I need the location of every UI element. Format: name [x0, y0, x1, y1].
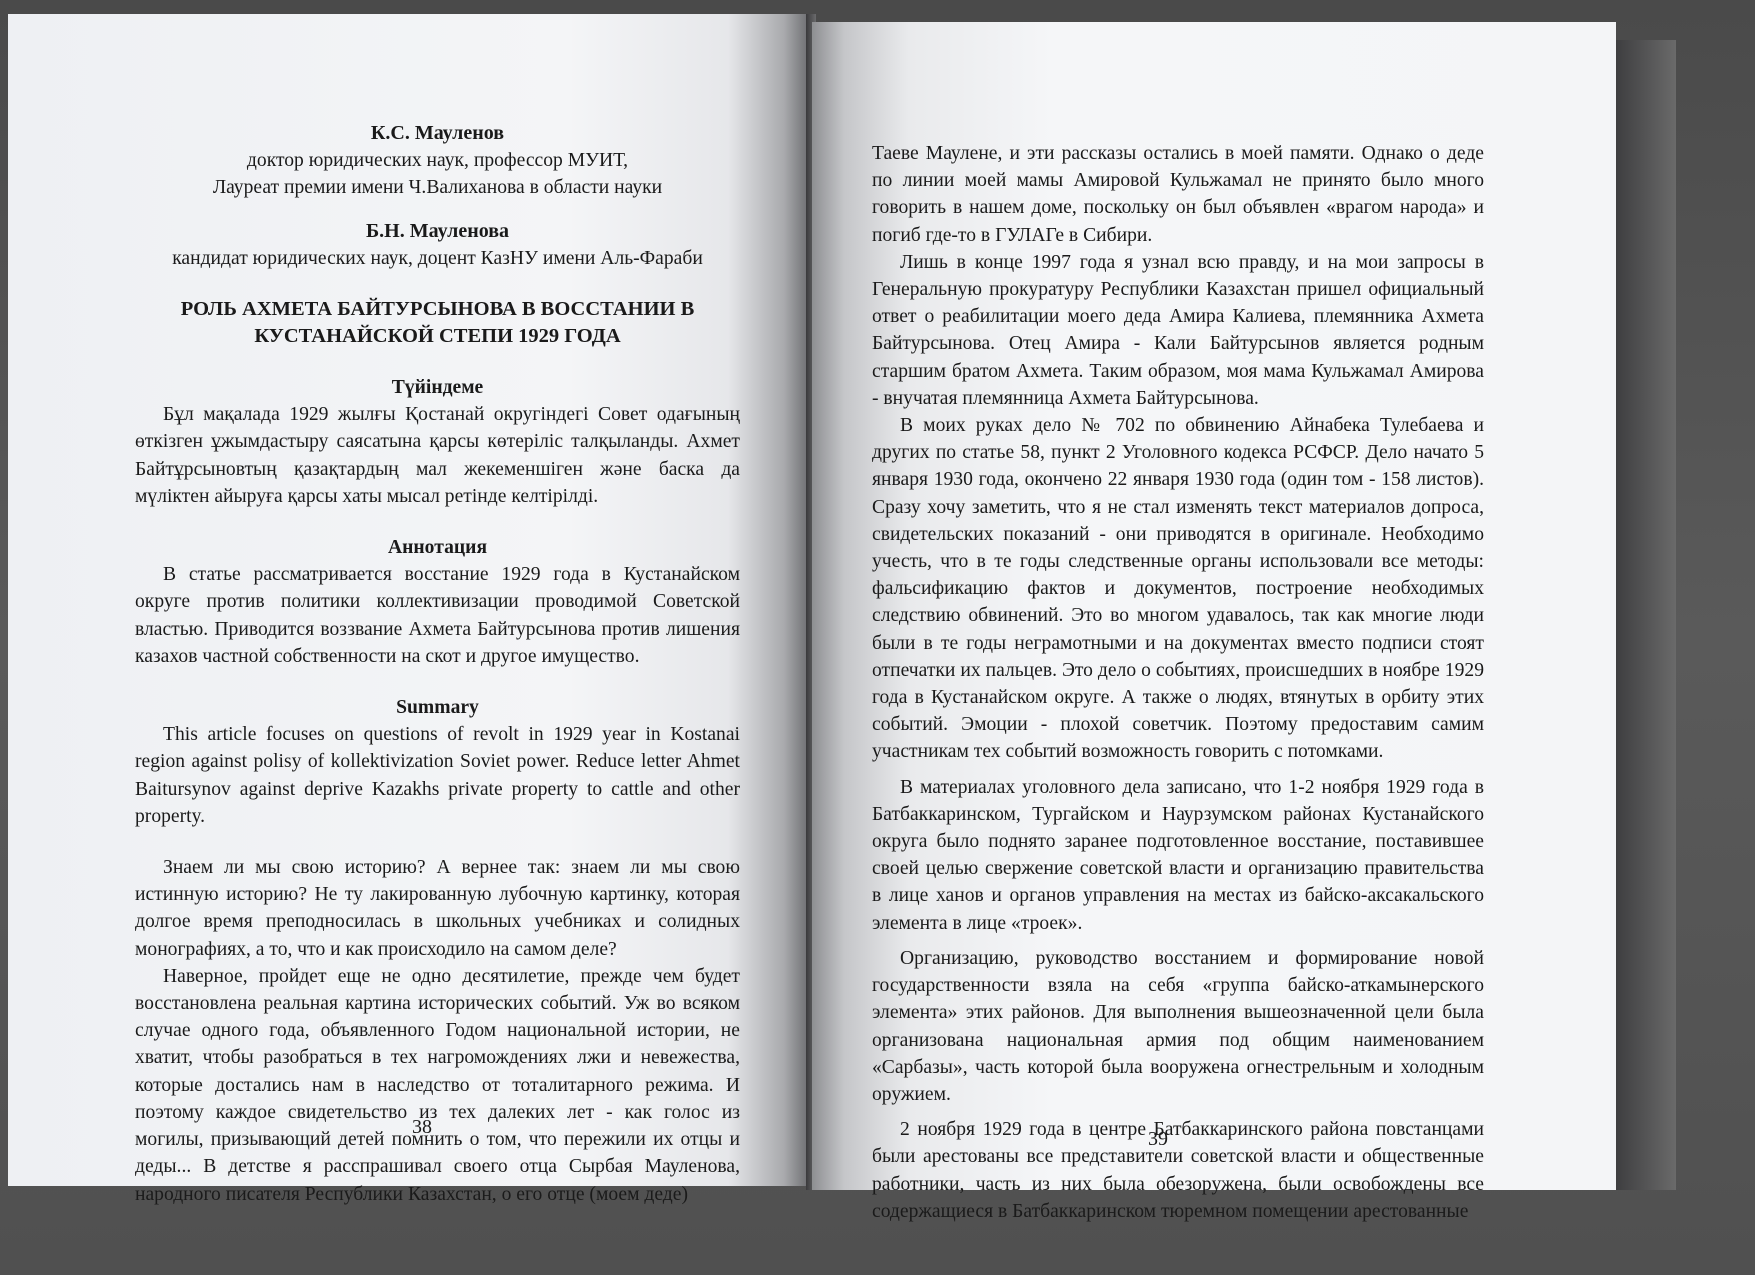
- page-number-left: 38: [412, 1116, 432, 1139]
- author-affiliation: кандидат юридических наук, доцент КазНУ …: [135, 245, 740, 272]
- body-paragraph: 2 ноября 1929 года в центре Батбаккаринс…: [872, 1116, 1484, 1225]
- body-paragraph: Организацию, руководство восстанием и фо…: [872, 945, 1484, 1108]
- author-affiliation: доктор юридических наук, профессор МУИТ,: [135, 147, 740, 174]
- body-paragraph: В моих руках дело № 702 по обвинению Айн…: [872, 412, 1484, 766]
- author-block-1: К.С. Мауленов доктор юридических наук, п…: [135, 120, 740, 202]
- author-affiliation: Лауреат премии имени Ч.Валиханова в обла…: [135, 174, 740, 201]
- author-block-2: Б.Н. Мауленова кандидат юридических наук…: [135, 218, 740, 272]
- author-name: К.С. Мауленов: [135, 120, 740, 147]
- left-page-content: К.С. Мауленов доктор юридических наук, п…: [135, 120, 740, 1208]
- author-name: Б.Н. Мауленова: [135, 218, 740, 245]
- body-paragraph: Наверное, пройдет еще не одно десятилети…: [135, 963, 740, 1208]
- body-paragraph: Лишь в конце 1997 года я узнал всю правд…: [872, 249, 1484, 412]
- right-page-content: Таеве Маулене, и эти рассказы остались в…: [872, 140, 1484, 1225]
- page-edge-shadow: [1616, 40, 1676, 1190]
- body-paragraph: Знаем ли мы свою историю? А вернее так: …: [135, 854, 740, 963]
- article-title-line: КУСТАНАЙСКОЙ СТЕПИ 1929 ГОДА: [135, 323, 740, 350]
- body-paragraph: В материалах уголовного дела записано, ч…: [872, 774, 1484, 937]
- section-heading-annotation: Аннотация: [135, 534, 740, 561]
- summary-text: This article focuses on questions of rev…: [135, 721, 740, 830]
- body-paragraph-continued: Таеве Маулене, и эти рассказы остались в…: [872, 140, 1484, 249]
- article-title-line: РОЛЬ АХМЕТА БАЙТУРСЫНОВА В ВОССТАНИИ В: [135, 296, 740, 323]
- kazakh-abstract-text: Бұл мақалада 1929 жылғы Қостанай округін…: [135, 401, 740, 510]
- annotation-text: В статье рассматривается восстание 1929 …: [135, 561, 740, 670]
- section-heading-kazakh-abstract: Түйіндеме: [135, 374, 740, 401]
- section-heading-summary: Summary: [135, 694, 740, 721]
- page-number-right: 39: [1148, 1128, 1168, 1151]
